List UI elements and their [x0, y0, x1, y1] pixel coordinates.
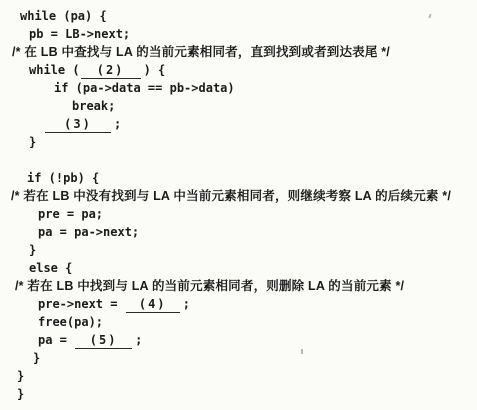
code-line: }: [0, 385, 477, 403]
code-line: while (pa) {: [0, 7, 477, 25]
code-line: (3);: [0, 115, 477, 133]
code-line: }: [0, 349, 477, 367]
comment-line: /* 若在 LB 中找到与 LA 的当前元素相同者，则删除 LA 的当前元素 *…: [0, 277, 477, 295]
code-line: }: [0, 367, 477, 385]
code-line: if (pa->data == pb->data): [0, 79, 477, 97]
code-line: pre = pa;: [0, 205, 477, 223]
code-line: pre->next = (4);: [0, 295, 477, 313]
scanned-code-page: while (pa) {pb = LB->next;/* 在 LB 中查找与 L…: [0, 0, 477, 410]
code-text: if (pa->data == pb->data): [54, 81, 235, 95]
code-text: while (: [29, 63, 80, 77]
code-text: ;: [135, 333, 142, 347]
code-line: pb = LB->next;: [0, 25, 477, 43]
code-text: }: [17, 369, 24, 383]
code-text: ;: [114, 117, 121, 131]
code-text: /* 若在 LB 中找到与 LA 的当前元素相同者，则删除 LA 的当前元素 *…: [15, 279, 404, 293]
code-line: else {: [0, 259, 477, 277]
code-text: while (pa) {: [20, 9, 107, 23]
code-line: if (!pb) {: [0, 169, 477, 187]
code-line: }: [0, 241, 477, 259]
code-text: pre->next =: [38, 297, 125, 311]
code-text: ;: [183, 297, 190, 311]
code-listing: while (pa) {pb = LB->next;/* 在 LB 中查找与 L…: [0, 7, 477, 403]
code-text: /* 在 LB 中查找与 LA 的当前元素相同者，直到找到或者到达表尾 */: [12, 45, 390, 59]
fill-in-blank: (3): [45, 117, 111, 133]
code-text: }: [17, 387, 24, 401]
code-text: }: [29, 243, 36, 257]
fill-in-blank: (5): [75, 333, 132, 349]
code-text: }: [29, 135, 36, 149]
code-line: }: [0, 133, 477, 151]
code-text: break;: [72, 99, 115, 113]
code-text: else {: [29, 261, 72, 275]
code-line: pa = pa->next;: [0, 223, 477, 241]
fill-in-blank: (2): [81, 63, 141, 79]
blank-line: [0, 151, 477, 169]
code-text: /* 若在 LB 中没有找到与 LA 中当前元素相同者，则继续考察 LA 的后续…: [11, 189, 451, 203]
code-text: ) {: [144, 63, 166, 77]
code-text: pa =: [38, 333, 74, 347]
code-line: pa = (5);: [0, 331, 477, 349]
code-line: while ((2)) {: [0, 61, 477, 79]
code-text: if (!pb) {: [27, 171, 99, 185]
code-line: free(pa);: [0, 313, 477, 331]
code-text: pb = LB->next;: [29, 27, 130, 41]
code-text: pa = pa->next;: [38, 225, 139, 239]
comment-line: /* 在 LB 中查找与 LA 的当前元素相同者，直到找到或者到达表尾 */: [0, 43, 477, 61]
scan-speck: [301, 349, 303, 354]
code-text: free(pa);: [38, 315, 103, 329]
fill-in-blank: (4): [126, 297, 180, 313]
code-text: pre = pa;: [38, 207, 103, 221]
comment-line: /* 若在 LB 中没有找到与 LA 中当前元素相同者，则继续考察 LA 的后续…: [0, 187, 477, 205]
code-text: }: [33, 351, 40, 365]
code-line: break;: [0, 97, 477, 115]
